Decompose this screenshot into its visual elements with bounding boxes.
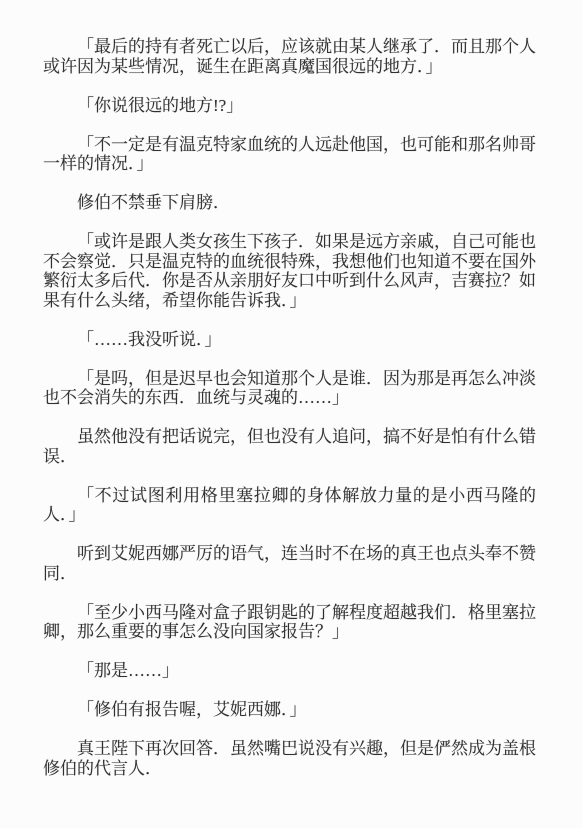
paragraph: 「你说很远的地方!?」: [43, 96, 536, 116]
paragraph: 「那是……」: [43, 661, 536, 681]
paragraph: 「修伯有报告喔，艾妮西娜．」: [43, 700, 536, 720]
paragraph: 「不一定是有温克特家血统的人远赴他国，也可能和那名帅哥一样的情况．」: [43, 135, 536, 174]
novel-text-block: 「最后的持有者死亡以后，应该就由某人继承了．而且那个人或许因为某些情况，诞生在距…: [43, 37, 536, 778]
paragraph: 「是吗，但是迟早也会知道那个人是谁．因为那是再怎么冲淡也不会消失的东西．血统与灵…: [43, 369, 536, 408]
paragraph: 听到艾妮西娜严厉的语气，连当时不在场的真王也点头奉不赞同．: [43, 544, 536, 583]
paragraph: 「或许是跟人类女孩生下孩子．如果是远方亲戚，自己可能也不会察觉．只是温克特的血统…: [43, 232, 536, 310]
scanned-book-page: 「最后的持有者死亡以后，应该就由某人继承了．而且那个人或许因为某些情况，诞生在距…: [0, 0, 583, 828]
paragraph: 「至少小西马隆对盒子跟钥匙的了解程度超越我们．格里塞拉卿，那么重要的事怎么没向国…: [43, 603, 536, 642]
paragraph: 真王陛下再次回答．虽然嘴巴说没有兴趣，但是俨然成为盖根修伯的代言人．: [43, 739, 536, 778]
paragraph: 修伯不禁垂下肩膀．: [43, 193, 536, 213]
paragraph: 「最后的持有者死亡以后，应该就由某人继承了．而且那个人或许因为某些情况，诞生在距…: [43, 37, 536, 76]
paragraph: 虽然他没有把话说完，但也没有人追问，搞不好是怕有什么错误．: [43, 427, 536, 466]
paragraph: 「……我没听说．」: [43, 330, 536, 350]
paragraph: 「不过试图利用格里塞拉卿的身体解放力量的是小西马隆的人．」: [43, 486, 536, 525]
